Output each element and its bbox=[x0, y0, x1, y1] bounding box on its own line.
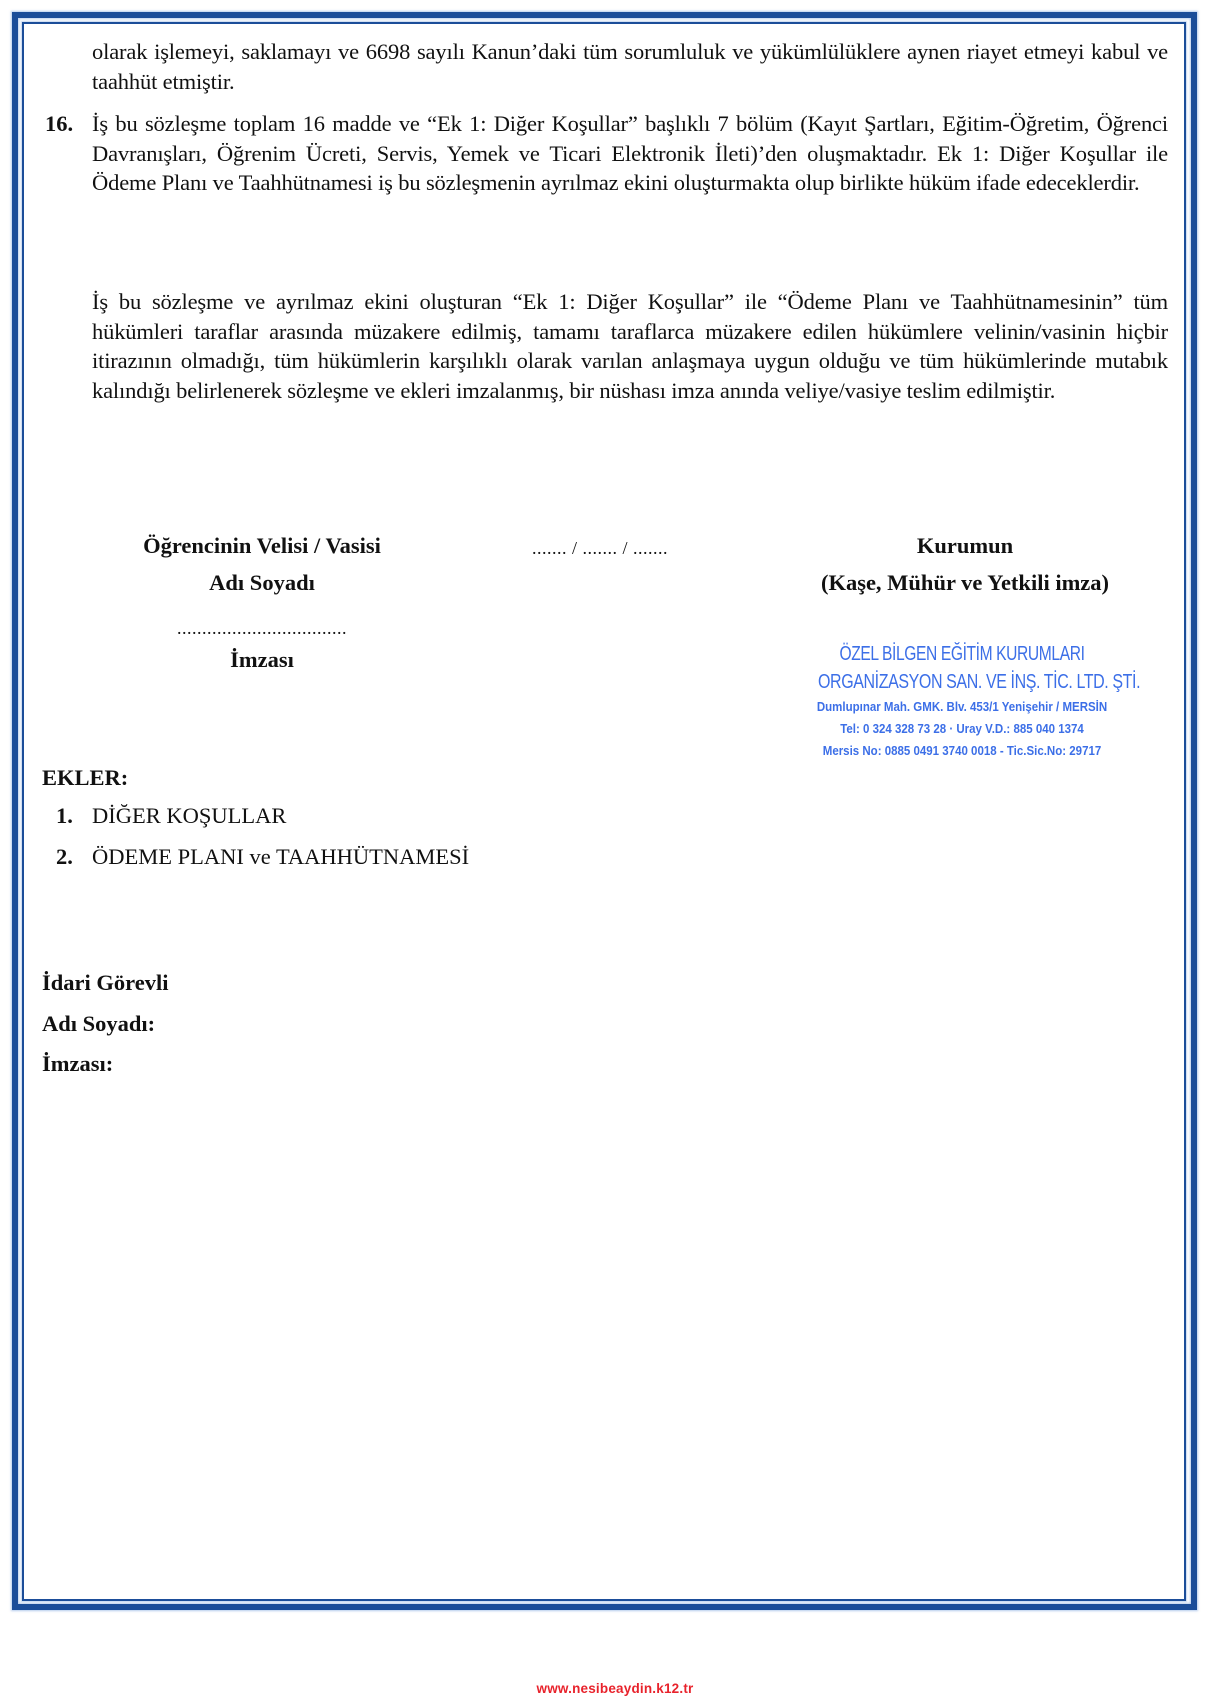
attachment-item: ÖDEME PLANI ve TAAHHÜTNAMESİ bbox=[92, 843, 469, 871]
admin-title: İdari Görevli bbox=[42, 969, 168, 997]
closing-paragraph: İş bu sözleşme ve ayrılmaz ekini oluştur… bbox=[92, 287, 1168, 405]
admin-sign-label: İmzası: bbox=[42, 1050, 113, 1078]
attachment-number: 1. bbox=[56, 802, 73, 830]
institution-title: Kurumun bbox=[917, 532, 1013, 560]
guardian-signature-line: .................................. bbox=[177, 614, 347, 642]
attachment-number: 2. bbox=[56, 843, 73, 871]
institution-subtitle: (Kaşe, Mühür ve Yetkili imza) bbox=[821, 569, 1109, 597]
date-field: ....... / ....... / ....... bbox=[532, 534, 668, 562]
guardian-name-label: Adı Soyadı bbox=[209, 569, 315, 597]
stamp-line-2: ORGANİZASYON SAN. VE İNŞ. TİC. LTD. ŞTİ. bbox=[818, 668, 1106, 696]
attachments-title: EKLER: bbox=[42, 764, 128, 792]
item-number-16: 16. bbox=[45, 109, 73, 139]
institution-stamp: ÖZEL BİLGEN EĞİTİM KURUMLARI ORGANİZASYO… bbox=[782, 640, 1142, 762]
footer-website-link[interactable]: www.nesibeaydin.k12.tr bbox=[537, 1681, 694, 1696]
guardian-title: Öğrencinin Velisi / Vasisi bbox=[143, 532, 381, 560]
admin-name-label: Adı Soyadı: bbox=[42, 1010, 155, 1038]
stamp-line-1: ÖZEL BİLGEN EĞİTİM KURUMLARI bbox=[822, 640, 1103, 668]
guardian-sign-label: İmzası bbox=[230, 646, 294, 674]
attachment-item: DİĞER KOŞULLAR bbox=[92, 802, 286, 830]
stamp-line-3: Dumlupınar Mah. GMK. Blv. 453/1 Yenişehi… bbox=[796, 696, 1127, 718]
paragraph-continuation: olarak işlemeyi, saklamayı ve 6698 sayıl… bbox=[92, 37, 1168, 96]
stamp-line-4: Tel: 0 324 328 73 28 · Uray V.D.: 885 04… bbox=[796, 718, 1127, 740]
item-16-text: İş bu sözleşme toplam 16 madde ve “Ek 1:… bbox=[92, 109, 1168, 198]
stamp-line-5: Mersis No: 0885 0491 3740 0018 - Tic.Sic… bbox=[796, 740, 1127, 762]
